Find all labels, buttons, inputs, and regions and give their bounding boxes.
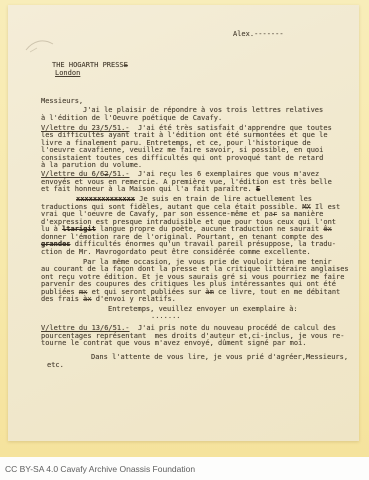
place-dateline: Alex.------- — [233, 31, 284, 39]
license-text: CC BY-SA 4.0 Cavafy Archive Onassis Foun… — [5, 464, 195, 474]
paragraph: J'ai le plaisir de répondre à vos trois … — [41, 107, 369, 122]
text-line: tourne le contrat que vous m'avez envoyé… — [41, 340, 369, 348]
text-segment: àm — [205, 288, 213, 296]
paragraph: V/lettre du 23/5/51.- J'ai été très sati… — [41, 125, 369, 170]
paragraph: V/lettre du 13/6/51.- J'ai pris note du … — [41, 325, 369, 348]
recipient-block: THE HOGARTH PRESSE London — [52, 62, 128, 77]
pencil-mark — [23, 35, 63, 57]
text-segment: et fait honneur à la Maison qui l'a fait… — [41, 185, 256, 193]
text-line: et fait honneur à la Maison qui l'a fait… — [41, 186, 369, 194]
text-segment: êx — [323, 225, 331, 233]
letter-page: Alex.------- THE HOGARTH PRESSE London M… — [8, 5, 359, 441]
letter-body: Messieurs,J'ai le plaisir de répondre à … — [41, 98, 369, 369]
text-segment: àx — [83, 295, 91, 303]
recipient-city: London — [52, 70, 128, 78]
text-segment: à l'édition de l'Oeuvre poétique de Cava… — [41, 114, 222, 122]
text-segment: ction de Mr. Mavrogordato peut être cons… — [41, 248, 311, 256]
paragraph: Dans l'attente de vous lire, je vous pri… — [41, 354, 369, 369]
text-line: à la parution du volume. — [41, 162, 369, 170]
text-line: des frais àx d'envoi y relatifs. — [41, 296, 369, 304]
scan-background: Alex.------- THE HOGARTH PRESSE London M… — [0, 0, 369, 480]
text-segment: E — [256, 185, 260, 193]
license-bar: CC BY-SA 4.0 Cavafy Archive Onassis Foun… — [0, 457, 369, 480]
text-segment: Dans l'attente de vous lire, je vous pri… — [91, 353, 348, 361]
text-line: etc. — [41, 362, 369, 370]
text-segment: à la parution du volume. — [41, 161, 142, 169]
text-line: Entretemps, veuillez envoyer un exemplai… — [41, 306, 369, 314]
text-line: ction de Mr. Mavrogordato peut être cons… — [41, 249, 369, 257]
paragraph: xxxxxxxxxxxxxx Je suis en train de lire … — [41, 196, 369, 256]
paragraph: Messieurs, — [41, 98, 369, 106]
paragraph: Entretemps, veuillez envoyer un exemplai… — [41, 306, 369, 321]
text-line: à l'édition de l'Oeuvre poétique de Cava… — [41, 115, 369, 123]
text-segment: E — [124, 61, 128, 69]
text-segment: tourne le contrat que vous m'avez envoyé… — [41, 339, 307, 347]
text-segment: London — [55, 69, 80, 77]
text-segment: etc. — [47, 361, 64, 369]
text-segment: des frais — [41, 295, 83, 303]
text-segment: Entretemps, veuillez envoyer un exemplai… — [108, 305, 298, 313]
text-segment: d'envoi y relatifs. — [92, 295, 176, 303]
text-line: Messieurs, — [41, 98, 369, 106]
text-line: ....... — [41, 313, 369, 321]
paragraph: V/lettre du 6/62/51.- J'ai reçu les 6 ex… — [41, 171, 369, 194]
text-line: Dans l'attente de vous lire, je vous pri… — [41, 354, 369, 362]
text-segment: ....... — [151, 312, 181, 320]
paragraph: Par la même occasion, je vous prie de vo… — [41, 259, 369, 304]
text-segment: ce livre, tout en me débitant — [214, 288, 340, 296]
text-segment: Messieurs, — [41, 97, 83, 105]
